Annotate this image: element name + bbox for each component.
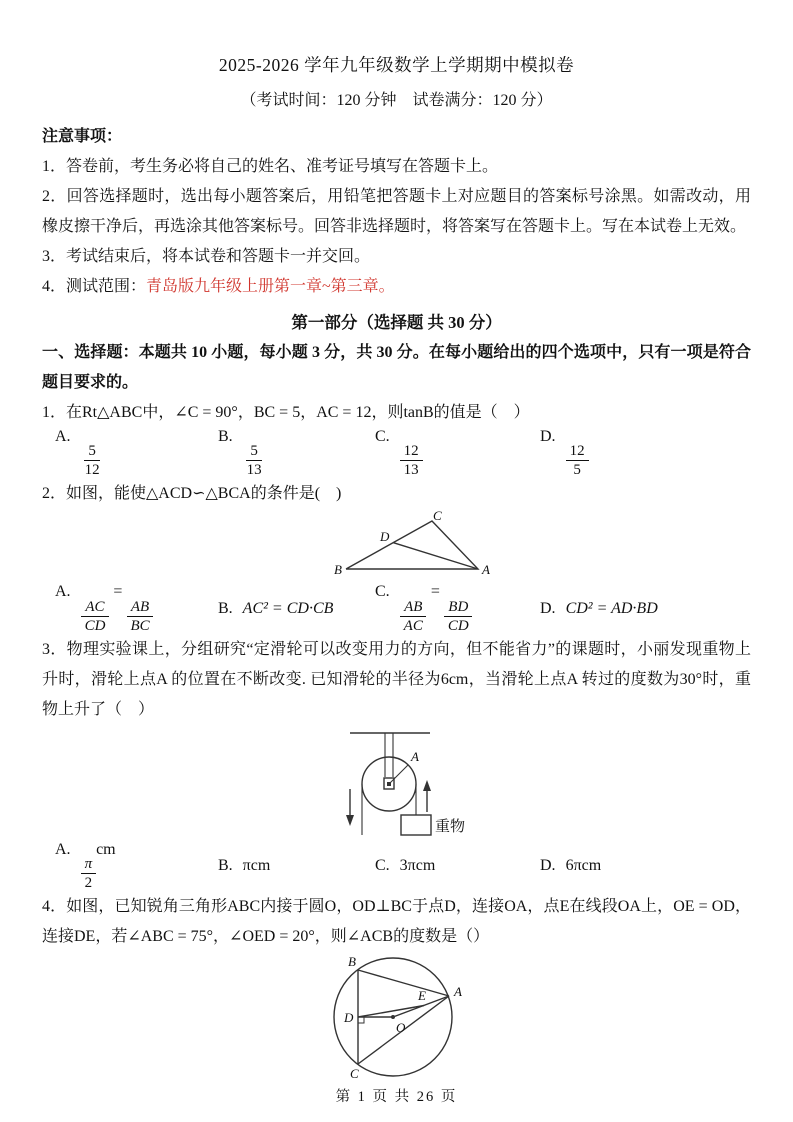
- circle-label-a: A: [453, 984, 462, 999]
- q2-option-a: A.ACCD = ABBC: [55, 583, 218, 634]
- vertex-label-c: C: [433, 508, 442, 523]
- vertex-label-d: D: [379, 529, 390, 544]
- vertex-label-a: A: [481, 562, 490, 577]
- q3-option-b: B.πcm: [218, 857, 375, 875]
- page-number: 第 1 页 共 26 页: [0, 1085, 793, 1106]
- question-4-figure: B A C D O E: [42, 954, 751, 1082]
- notice-item-4-label: 4．测试范围：: [42, 278, 146, 295]
- question-3-figure: A 重物: [42, 727, 751, 839]
- notice-item-2: 2．回答选择题时，选出每小题答案后，用铅笔把答题卡上对应题目的答案标号涂黑。如需…: [42, 182, 751, 242]
- exam-page: 2025-2026 学年九年级数学上学期期中模拟卷 （考试时间：120 分钟 试…: [0, 0, 793, 1122]
- weight-label: 重物: [435, 817, 465, 835]
- fraction: 1213: [400, 442, 423, 479]
- notice-block: 注意事项： 1．答卷前，考生务必将自己的姓名、准考证号填写在答题卡上。 2．回答…: [42, 122, 751, 302]
- fraction: BDCD: [444, 598, 473, 635]
- q3-option-a: A.π2cm: [55, 841, 218, 892]
- fraction: 512: [81, 442, 104, 479]
- triangle-lines: [346, 521, 478, 569]
- up-arrow-icon: [423, 780, 431, 812]
- notice-item-1: 1．答卷前，考生务必将自己的姓名、准考证号填写在答题卡上。: [42, 152, 751, 182]
- vertex-label-b: B: [334, 562, 342, 577]
- center-point: [391, 1015, 395, 1019]
- question-4-text: 4．如图，已知锐角三角形ABC内接于圆O，OD⊥BC于点D，连接OA，点E在线段…: [42, 892, 751, 952]
- page-subtitle: （考试时间：120 分钟 试卷满分：120 分）: [42, 87, 751, 110]
- circle-figure: B A C D O E: [308, 954, 486, 1082]
- circle-label-o: O: [396, 1020, 406, 1035]
- question-2-options: A.ACCD = ABBC B.AC² = CD·CB C.ABAC = BDC…: [42, 583, 751, 634]
- notice-item-4-scope: 青岛版九年级上册第一章~第三章。: [146, 278, 395, 295]
- q1-option-b: B.513: [218, 428, 375, 479]
- circle-label-d: D: [343, 1010, 354, 1025]
- section-1-heading: 第一部分（选择题 共 30 分）: [42, 308, 751, 338]
- page-title: 2025-2026 学年九年级数学上学期期中模拟卷: [42, 52, 751, 77]
- question-2-text: 2．如图，能使△ACD∽△BCA的条件是( ): [42, 479, 751, 509]
- question-1-text: 1．在Rt△ABC中，∠C = 90°，BC = 5，AC = 12，则tanB…: [42, 398, 751, 428]
- notice-item-4: 4．测试范围：青岛版九年级上册第一章~第三章。: [42, 272, 751, 302]
- q2-option-d: D.CD² = AD·BD: [540, 600, 751, 618]
- q3-option-d: D.6πcm: [540, 857, 751, 875]
- question-2-figure: B A C D: [82, 511, 751, 581]
- question-3-options: A.π2cm B.πcm C.3πcm D.6πcm: [42, 841, 751, 892]
- notice-heading: 注意事项：: [42, 122, 751, 152]
- pulley-figure: A 重物: [322, 727, 472, 839]
- q1-option-a: A.512: [55, 428, 218, 479]
- fraction: 125: [566, 442, 589, 479]
- pulley-point-a-label: A: [410, 749, 419, 764]
- fraction: π2: [81, 855, 97, 892]
- question-1-options: A.512 B.513 C.1213 D.125: [42, 428, 751, 479]
- down-arrow-icon: [346, 789, 354, 826]
- fraction: 513: [243, 442, 266, 479]
- q3-option-c: C.3πcm: [375, 857, 540, 875]
- q1-option-d: D.125: [540, 428, 751, 479]
- q2-option-b: B.AC² = CD·CB: [218, 600, 375, 618]
- fraction: ACCD: [81, 598, 110, 635]
- notice-item-3: 3．考试结束后，将本试卷和答题卡一并交回。: [42, 242, 751, 272]
- fraction: ABBC: [126, 598, 153, 635]
- section-1-intro: 一、选择题：本题共 10 小题，每小题 3 分，共 30 分。在每小题给出的四个…: [42, 338, 751, 398]
- triangle-figure: B A C D: [332, 511, 502, 581]
- circle-label-e: E: [417, 988, 426, 1003]
- q1-option-c: C.1213: [375, 428, 540, 479]
- fraction: ABAC: [400, 598, 427, 635]
- question-3-text: 3．物理实验课上，分组研究“定滑轮可以改变用力的方向，但不能省力”的课题时，小丽…: [42, 635, 751, 725]
- q2-option-c: C.ABAC = BDCD: [375, 583, 540, 634]
- circle-label-c: C: [350, 1066, 359, 1081]
- circle-label-b: B: [348, 954, 356, 969]
